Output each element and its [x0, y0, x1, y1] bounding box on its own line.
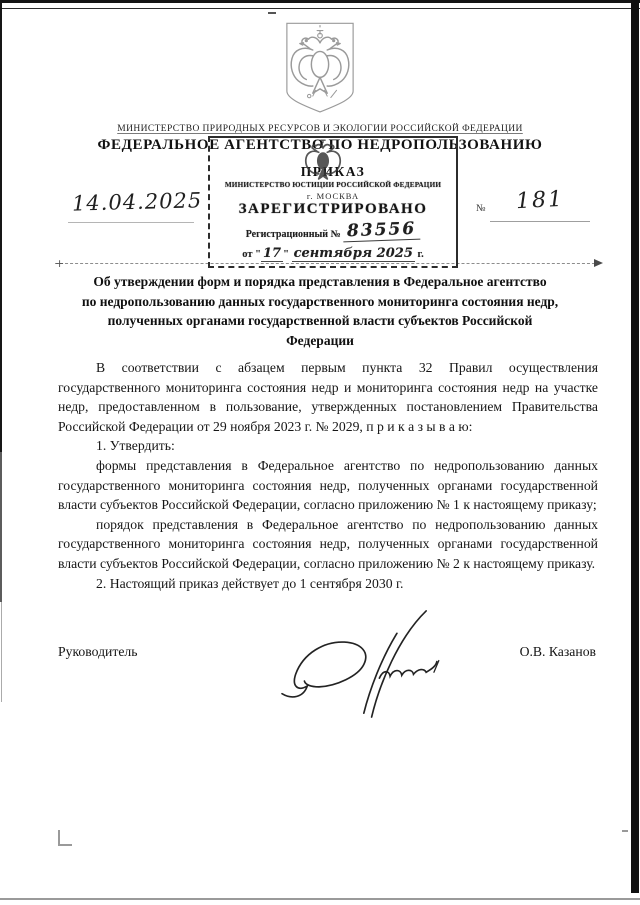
- scan-artifact-arrow: [594, 259, 603, 267]
- order-number-handwritten: 181: [494, 186, 585, 216]
- stamp-date-prefix: от ": [242, 249, 261, 260]
- stamp-registered-label: ЗАРЕГИСТРИРОВАНО: [210, 201, 456, 218]
- scan-artifact-tick: [268, 12, 276, 14]
- scan-border-left-fade2: [1, 602, 2, 702]
- doc-city-line: г. МОСКВА: [210, 191, 456, 201]
- scan-border-left-fade: [0, 452, 2, 602]
- scan-border-left: [0, 0, 2, 452]
- order-title-line2: по недропользованию данных государственн…: [38, 292, 602, 312]
- signature-scribble: [278, 608, 473, 720]
- scan-border-top: [0, 0, 640, 3]
- stamp-reg-number-handwritten: 83556: [343, 219, 421, 243]
- body-paragraph: порядок представления в Федеральное аген…: [58, 515, 598, 574]
- ministry-line: МИНИСТЕРСТВО ПРИРОДНЫХ РЕСУРСОВ И ЭКОЛОГ…: [40, 124, 600, 134]
- stamp-date-suffix: г.: [418, 249, 424, 260]
- order-title-line3: полученных органами государственной влас…: [38, 311, 602, 331]
- stamp-registration-row: Регистрационный № 83556: [210, 222, 456, 243]
- document-page: МИНИСТЕРСТВО ПРИРОДНЫХ РЕСУРСОВ И ЭКОЛОГ…: [0, 0, 640, 905]
- scan-border-right: [631, 0, 639, 893]
- body-paragraph: В соответствии с абзацем первым пункта 3…: [58, 358, 598, 436]
- scan-artifact-cross: +: [55, 257, 64, 270]
- stamp-date-monthyear-handwritten: сентября 2025: [292, 246, 415, 262]
- stamp-reg-label: Регистрационный №: [246, 229, 341, 240]
- scan-artifact-tick-right: [622, 830, 628, 832]
- signer-position: Руководитель: [58, 644, 138, 660]
- order-title: Об утверждении форм и порядка представле…: [38, 272, 602, 350]
- body-paragraph: 2. Настоящий приказ действует до 1 сентя…: [58, 574, 598, 594]
- order-date-handwritten: 14.04.2025: [72, 188, 198, 215]
- coat-of-arms-icon: [284, 19, 356, 117]
- scan-border-bottom: [0, 898, 640, 900]
- stamp-date-day-handwritten: 17: [261, 246, 283, 262]
- crop-mark: [58, 830, 72, 846]
- body-paragraph: формы представления в Федеральное агентс…: [58, 456, 598, 515]
- order-title-line4: Федерации: [38, 331, 602, 351]
- stamp-eagle-icon: [301, 135, 345, 191]
- date-underline: [68, 222, 194, 223]
- stamp-date-row: от "17" сентября 2025 г.: [210, 246, 456, 262]
- order-title-line1: Об утверждении форм и порядка представле…: [38, 272, 602, 292]
- number-label: №: [476, 203, 486, 214]
- stamp-date-mid: ": [283, 249, 289, 260]
- signer-name: О.В. Казанов: [520, 644, 596, 660]
- number-underline: [490, 221, 590, 222]
- body-paragraph: 1. Утвердить:: [58, 436, 598, 456]
- order-body: В соответствии с абзацем первым пункта 3…: [58, 358, 598, 593]
- scan-border-top-inner: [0, 8, 640, 9]
